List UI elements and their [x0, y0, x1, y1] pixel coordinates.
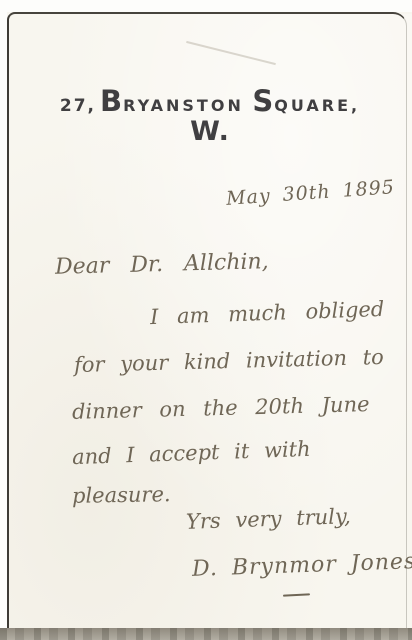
body-line: dinner on the 20th June [72, 392, 370, 424]
letterhead-street-number: 27, [60, 96, 96, 116]
handwritten-date: May 30th 1895 [225, 176, 395, 210]
body-line: for your kind invitation to [74, 345, 384, 377]
salutation-line: Dear Dr. Allchin, [55, 249, 269, 280]
closing-line: Yrs very truly, [186, 504, 351, 534]
signature: D. Brynmor Jones [192, 549, 412, 582]
letterhead-word1-rest: RYANSTON [123, 96, 244, 115]
signature-underline [283, 593, 310, 596]
scan-bottom-edge [0, 628, 412, 640]
letterhead-initial-s: S [252, 84, 274, 118]
letterhead-word2-rest: QUARE, [274, 96, 360, 115]
letterhead-initial-b: B [100, 84, 123, 118]
paper-scratch-mark [186, 41, 276, 65]
body-line: I am much obliged [150, 297, 385, 329]
scanned-letter: 27,BRYANSTON SQUARE, W. May 30th 1895 De… [0, 0, 412, 640]
letterhead-district: W. [8, 116, 412, 147]
letterhead: 27,BRYANSTON SQUARE, W. [8, 84, 412, 147]
scanner-margin-top [0, 0, 412, 12]
letterhead-address-line: 27,BRYANSTON SQUARE, [8, 84, 412, 118]
body-line: and I accept it with [72, 437, 311, 469]
body-line: pleasure. [72, 482, 171, 508]
scanner-margin-left [0, 0, 7, 632]
